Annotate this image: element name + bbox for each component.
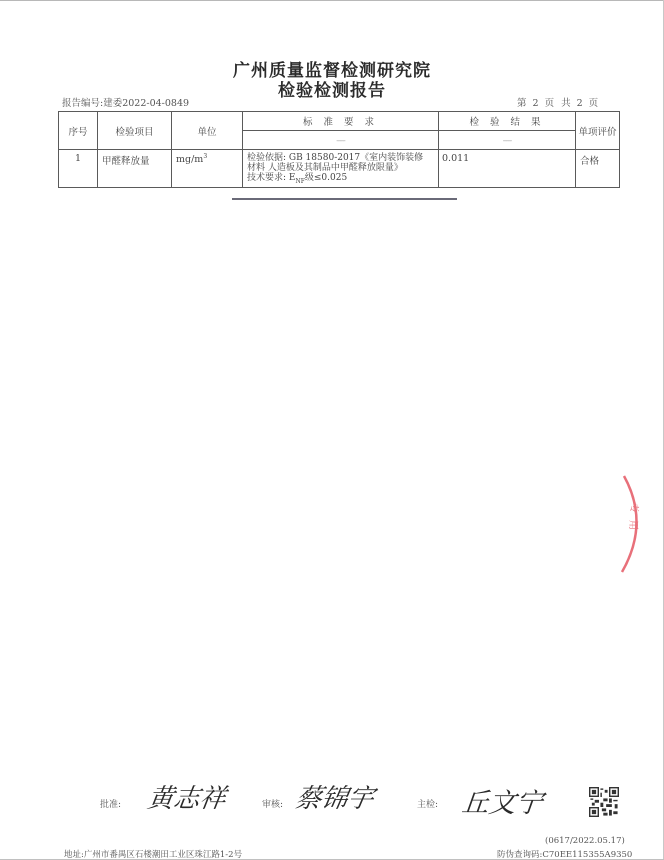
cell-unit: mg/m3 — [172, 150, 243, 188]
header-standard-sub: ----- — [243, 131, 439, 150]
inspector-signature: 丘文宁 — [460, 781, 545, 820]
review-signature: 蔡锦宇 — [293, 778, 378, 815]
document-code: (0617/2022.05.17) — [545, 836, 625, 846]
svg-text:用: 用 — [627, 520, 639, 530]
anti-fake-value: C70EE115355A9350 — [542, 850, 632, 860]
standard-line: 技术要求: ENF级≤0.025 — [247, 173, 438, 187]
page-total: 2 — [577, 98, 583, 109]
review-label: 审核: — [262, 797, 283, 810]
page-edge — [0, 0, 664, 1]
standard-line: 材料 人造板及其制品中甲醛释放限量》 — [247, 163, 438, 173]
standard-req-sub: NF — [295, 178, 304, 185]
page-indicator: 第2页 共2页 — [517, 95, 604, 109]
cell-result: 0.011 — [439, 150, 576, 188]
end-rule — [232, 198, 457, 200]
page-suffix: 页 — [589, 98, 599, 109]
header-result: 检 验 结 果 — [439, 112, 576, 131]
header-result-sub: ----- — [439, 131, 576, 150]
report-number-value: 建委2022-04-0849 — [103, 98, 189, 109]
header-item: 检验项目 — [98, 112, 172, 150]
result-table: 序号 检验项目 单位 标 准 要 求 检 验 结 果 单项评价 ----- --… — [58, 111, 620, 188]
table-row: 1 甲醛释放量 mg/m3 检验依据: GB 18580-2017《室内装饰装修… — [59, 150, 620, 188]
cell-evaluation: 合格 — [576, 150, 620, 188]
header-no: 序号 — [59, 112, 98, 150]
report-number-label: 报告编号: — [62, 98, 103, 109]
header-unit: 单位 — [172, 112, 243, 150]
page-current: 2 — [533, 98, 539, 109]
page-mid: 页 共 — [545, 98, 571, 109]
standard-req-suffix: 级≤0.025 — [305, 173, 347, 183]
header-standard: 标 准 要 求 — [243, 112, 439, 131]
report-number: 报告编号:建委2022-04-0849 — [62, 95, 189, 109]
standard-req-prefix: 技术要求: E — [247, 173, 295, 183]
qr-code-icon[interactable] — [589, 787, 619, 817]
result-value: 0.011 — [439, 153, 575, 164]
svg-text:专: 专 — [627, 502, 642, 514]
address-label: 地址: — [64, 850, 84, 860]
cell-standard: 检验依据: GB 18580-2017《室内装饰装修 材料 人造板及其制品中甲醛… — [243, 150, 439, 188]
table-header-row: 序号 检验项目 单位 标 准 要 求 检 验 结 果 单项评价 — [59, 112, 620, 131]
approve-signature: 黄志祥 — [145, 778, 228, 815]
anti-fake-label: 防伪查询码: — [497, 850, 542, 860]
page-prefix: 第 — [517, 98, 527, 109]
official-stamp-icon: 专 用 — [590, 468, 650, 578]
cell-item: 甲醛释放量 — [98, 150, 172, 188]
address: 地址:广州市番禺区石楼潮田工业区珠江路1-2号 — [64, 848, 242, 860]
approve-label: 批准: — [100, 797, 121, 810]
inspector-label: 主检: — [417, 797, 438, 810]
unit-base: mg/m — [176, 154, 203, 165]
unit-sup: 3 — [203, 153, 207, 160]
cell-no: 1 — [59, 150, 98, 188]
address-value: 广州市番禺区石楼潮田工业区珠江路1-2号 — [84, 850, 242, 860]
anti-fake-code: 防伪查询码:C70EE115355A9350 — [497, 848, 632, 860]
header-evaluation: 单项评价 — [576, 112, 620, 150]
standard-line: 检验依据: GB 18580-2017《室内装饰装修 — [247, 153, 438, 163]
